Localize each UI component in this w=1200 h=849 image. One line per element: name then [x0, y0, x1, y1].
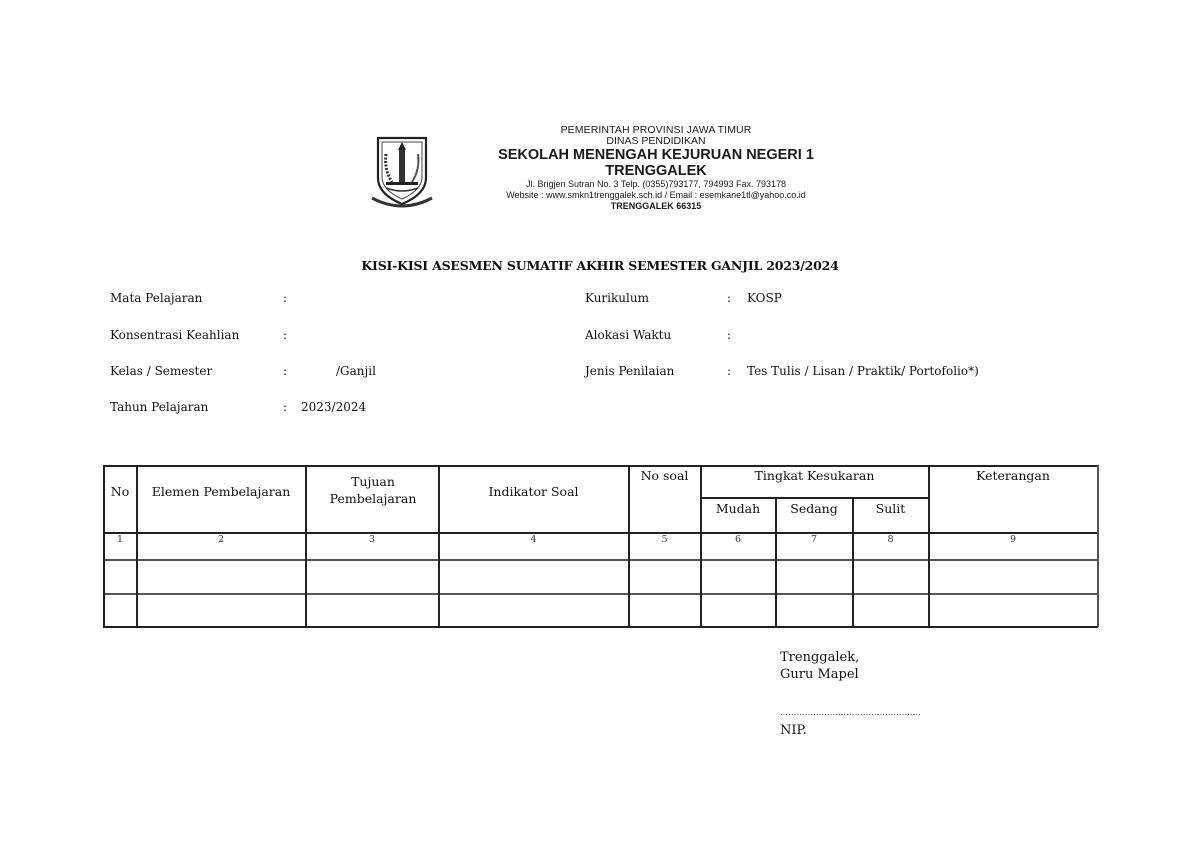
column-number: 2 [137, 534, 305, 545]
field-value: Tes Tulis / Lisan / Praktik/ Portofolio*… [747, 363, 979, 379]
header-sedang: Sedang [776, 500, 852, 517]
field-label: Tahun Pelajaran [110, 399, 208, 415]
column-number: 8 [853, 534, 928, 545]
department-name: DINAS PENDIDIKAN [466, 136, 846, 147]
field-label: Kelas / Semester [110, 363, 212, 379]
field-label: Mata Pelajaran [110, 290, 202, 306]
column-number: 5 [629, 534, 700, 545]
field-colon: : [283, 327, 287, 343]
school-name: SEKOLAH MENENGAH KEJURUAN NEGERI 1 [466, 147, 846, 164]
school-city: TRENGGALEK [466, 164, 846, 179]
field-colon: : [727, 290, 731, 306]
column-number: 9 [929, 534, 1097, 545]
field-colon: : [727, 327, 731, 343]
school-postal: TRENGGALEK 66315 [466, 201, 846, 212]
header-tingkat-kesukaran: Tingkat Kesukaran [701, 467, 928, 484]
school-contact: Website : www.smkn1trenggalek.sch.id / E… [466, 190, 846, 201]
provincial-crest-icon [370, 132, 434, 210]
field-colon: : [283, 399, 287, 415]
field-colon: : [283, 363, 287, 379]
document-title: KISI-KISI ASESMEN SUMATIF AKHIR SEMESTER… [0, 258, 1200, 273]
school-address: Jl. Brigjen Sutran No. 3 Telp. (0355)793… [466, 179, 846, 190]
subheader-divider [700, 497, 928, 499]
header-keterangan: Keterangan [929, 467, 1097, 484]
column-number: 4 [439, 534, 628, 545]
header-tujuan-pembelajaran: Tujuan Pembelajaran [321, 473, 425, 507]
field-label: Konsentrasi Keahlian [110, 327, 239, 343]
header-no-soal: No soal [629, 467, 700, 484]
table-border-bottom [103, 626, 1098, 628]
signature-place: Trenggalek, [780, 649, 859, 666]
field-value: /Ganjil [336, 363, 376, 379]
field-value: 2023/2024 [301, 399, 366, 415]
field-colon: : [727, 363, 731, 379]
column-number: 3 [306, 534, 438, 545]
header-indikator-soal: Indikator Soal [439, 483, 628, 500]
signature-line: …………………………………………… [780, 708, 921, 717]
column-number: 7 [776, 534, 852, 545]
field-label: Jenis Penilaian [585, 363, 674, 379]
table-row[interactable] [103, 595, 1098, 626]
field-value: KOSP [747, 290, 782, 306]
field-colon: : [283, 290, 287, 306]
column-number: 1 [103, 534, 137, 545]
header-no: No [103, 483, 137, 500]
letterhead-text: PEMERINTAH PROVINSI JAWA TIMUR DINAS PEN… [466, 124, 846, 212]
header-elemen-pembelajaran: Elemen Pembelajaran [137, 483, 305, 500]
field-label: Alokasi Waktu [585, 327, 671, 343]
kisi-kisi-table: No Elemen Pembelajaran Tujuan Pembelajar… [103, 465, 1098, 627]
header-mudah: Mudah [701, 500, 775, 517]
signature-nip: NIP. [780, 722, 807, 739]
table-row[interactable] [103, 561, 1098, 593]
letterhead: PEMERINTAH PROVINSI JAWA TIMUR DINAS PEN… [366, 124, 846, 216]
field-label: Kurikulum [585, 290, 649, 306]
column-number: 6 [701, 534, 775, 545]
header-sulit: Sulit [853, 500, 928, 517]
signature-role: Guru Mapel [780, 666, 859, 683]
